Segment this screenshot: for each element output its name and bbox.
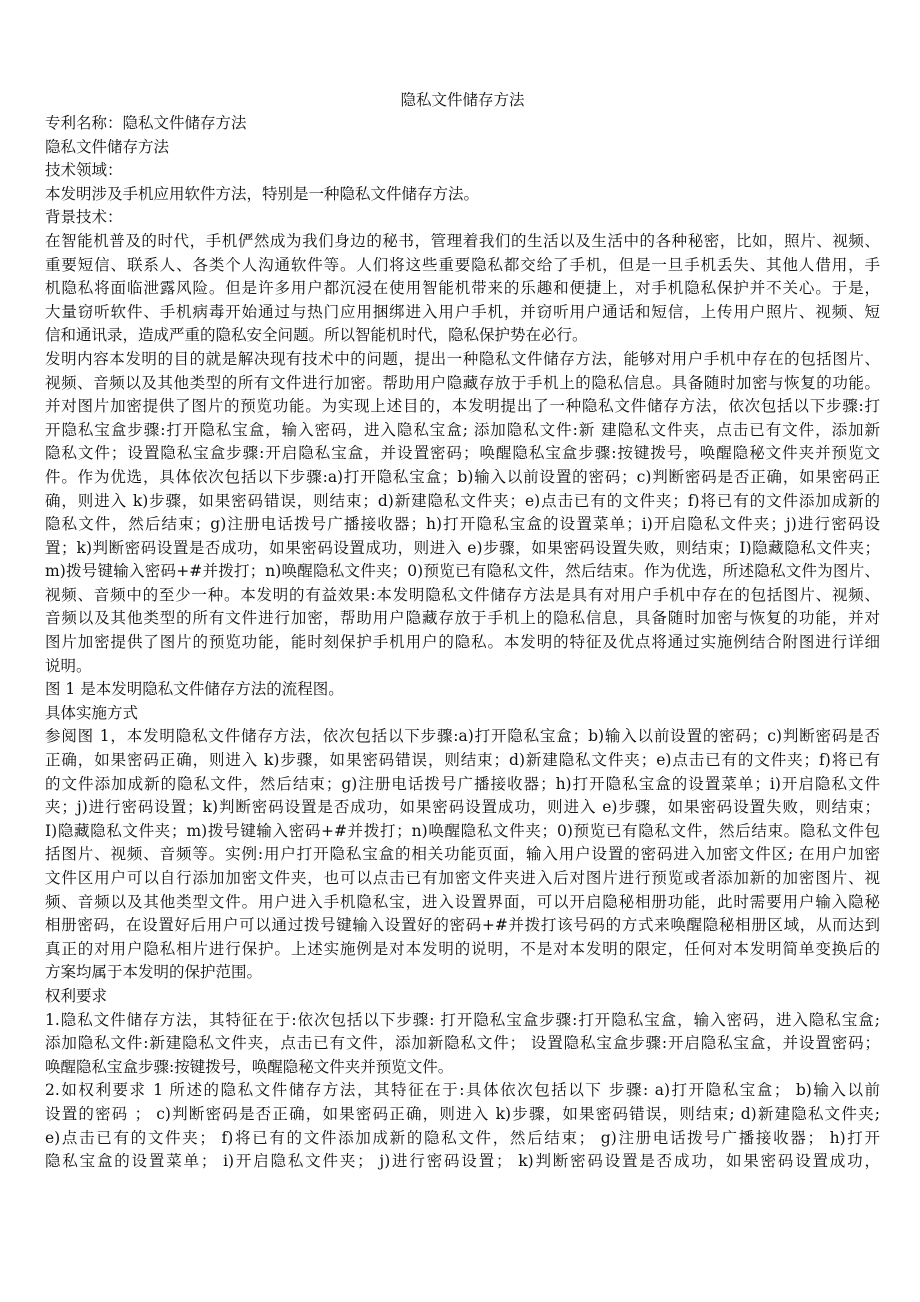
text-line: m)拨号键输入密码+#并拨打；n)唤醒隐私文件夹；0)预览已有隐私文件，然后结束…: [45, 560, 880, 584]
text-line: 件。作为优选，具体依次包括以下步骤:a)打开隐私宝盒；b)输入以前设置的密码；c…: [45, 466, 880, 490]
document-title: 隐私文件储存方法: [45, 88, 880, 112]
claim-line: 1.隐私文件储存方法，其特征在于:依次包括以下步骤: 打开隐私宝盒步骤:打开隐私…: [45, 1009, 880, 1033]
text-line: 视频、音频中的至少一种。本发明的有益效果:本发明隐私文件储存方法是具有对用户手机…: [45, 584, 880, 608]
patent-name: 专利名称：隐私文件储存方法: [45, 112, 880, 136]
text-line: 正确，如果密码正确，则进入 k)步骤，如果密码错误，则结束；d)新建隐私文件夹；…: [45, 749, 880, 773]
tech-field-text: 本发明涉及手机应用软件方法，特别是一种隐私文件储存方法。: [45, 183, 880, 207]
text-line: 重要短信、联系人、各类个人沟通软件等。人们将这些重要隐私都交给了手机，但是一旦手…: [45, 254, 880, 278]
text-line: 并对图片加密提供了图片的预览功能。为实现上述目的，本发明提出了一种隐私文件储存方…: [45, 395, 880, 419]
text-line: 信和通讯录，造成严重的隐私安全问题。所以智能机时代，隐私保护势在必行。: [45, 324, 880, 348]
text-line: 方案均属于本发明的保护范围。: [45, 961, 880, 985]
text-line: 隐私文件；设置隐私宝盒步骤:开启隐私宝盒，并设置密码；唤醒隐私宝盒步骤:按键拨号…: [45, 442, 880, 466]
tech-field-heading: 技术领域：: [45, 159, 880, 183]
text-line: 的文件添加成新的隐私文件，然后结束；g)注册电话拨号广播接收器；h)打开隐私宝盒…: [45, 773, 880, 797]
embodiment-paragraph: 参阅图 1，本发明隐私文件储存方法，依次包括以下步骤:a)打开隐私宝盒；b)输入…: [45, 725, 880, 985]
text-line: 说明。: [45, 655, 880, 679]
text-line: 夹；j)进行密码设置；k)判断密码设置是否成功，如果密码设置成功，则进入 e)步…: [45, 796, 880, 820]
claims-heading: 权利要求: [45, 985, 880, 1009]
background-heading: 背景技术：: [45, 206, 880, 230]
text-line: 文件区用户可以自行添加加密文件夹，也可以点击已有加密文件夹进入后对图片进行预览或…: [45, 867, 880, 891]
embodiment-heading: 具体实施方式: [45, 702, 880, 726]
text-line: 机隐私将面临泄露风险。但是许多用户都沉浸在使用智能机带来的乐趣和便捷上，对手机隐…: [45, 277, 880, 301]
text-line: 图片加密提供了图片的预览功能，能时刻保护手机用户的隐私。本发明的特征及优点将通过…: [45, 631, 880, 655]
claim-line: 2.如权利要求 1 所述的隐私文件储存方法，其特征在于:具体依次包括以下 步骤:…: [45, 1079, 880, 1103]
text-line: 隐私文件，然后结束；g)注册电话拨号广播接收器；h)打开隐私宝盒的设置菜单；i)…: [45, 513, 880, 537]
claim-line: 唤醒隐私宝盒步骤:按键拨号，唤醒隐秘文件夹并预览文件。: [45, 1056, 880, 1080]
claim-line: e)点击已有的文件夹； f)将已有的文件添加成新的隐私文件，然后结束； g)注册…: [45, 1127, 880, 1151]
text-line: 置；k)判断密码设置是否成功，如果密码设置成功，则进入 e)步骤，如果密码设置失…: [45, 537, 880, 561]
text-line: 频、音频以及其他类型文件。用户进入手机隐私宝，进入设置界面，可以开启隐秘相册功能…: [45, 891, 880, 915]
subtitle: 隐私文件储存方法: [45, 136, 880, 160]
claim-line: 设置的密码 ； c)判断密码是否正确，如果密码正确，则进入 k)步骤，如果密码错…: [45, 1103, 880, 1127]
claim-line: 隐私宝盒的设置菜单； i)开启隐私文件夹； j)进行密码设置； k)判断密码设置…: [45, 1150, 880, 1174]
text-line: 开隐私宝盒步骤:打开隐私宝盒，输入密码，进入隐私宝盒; 添加隐私文件:新 建隐私…: [45, 419, 880, 443]
text-line: 音频以及其他类型的所有文件进行加密，帮助用户隐藏存放于手机上的隐私信息，具备随时…: [45, 607, 880, 631]
text-line: 相册密码，在设置好后用户可以通过拨号键输入设置好的密码+#并拨打该号码的方式来唤…: [45, 914, 880, 938]
text-line: 真正的对用户隐私相片进行保护。上述实施例是对本发明的说明，不是对本发明的限定，任…: [45, 938, 880, 962]
summary-paragraph: 发明内容本发明的目的就是解决现有技术中的问题，提出一种隐私文件储存方法，能够对用…: [45, 348, 880, 678]
document-page: 隐私文件储存方法 专利名称：隐私文件储存方法 隐私文件储存方法 技术领域： 本发…: [45, 88, 880, 1174]
text-line: 在智能机普及的时代，手机俨然成为我们身边的秘书，管理着我们的生活以及生活中的各种…: [45, 230, 880, 254]
text-line: 视频、音频以及其他类型的所有文件进行加密。帮助用户隐藏存放于手机上的隐私信息。具…: [45, 372, 880, 396]
text-line: 括图片、视频、音频等。实例:用户打开隐私宝盒的相关功能页面，输入用户设置的密码进…: [45, 843, 880, 867]
text-line: I)隐藏隐私文件夹；m)拨号键输入密码+#并拨打；n)唤醒隐私文件夹；0)预览已…: [45, 820, 880, 844]
claims-list: 1.隐私文件储存方法，其特征在于:依次包括以下步骤: 打开隐私宝盒步骤:打开隐私…: [45, 1009, 880, 1174]
background-paragraph: 在智能机普及的时代，手机俨然成为我们身边的秘书，管理着我们的生活以及生活中的各种…: [45, 230, 880, 348]
text-line: 参阅图 1，本发明隐私文件储存方法，依次包括以下步骤:a)打开隐私宝盒；b)输入…: [45, 725, 880, 749]
figure-note: 图 1 是本发明隐私文件储存方法的流程图。: [45, 678, 880, 702]
text-line: 大量窃听软件、手机病毒开始通过与热门应用捆绑进入用户手机，并窃听用户通话和短信，…: [45, 301, 880, 325]
text-line: 发明内容本发明的目的就是解决现有技术中的问题，提出一种隐私文件储存方法，能够对用…: [45, 348, 880, 372]
text-line: 确，则进入 k)步骤，如果密码错误，则结束；d)新建隐私文件夹；e)点击已有的文…: [45, 490, 880, 514]
claim-line: 添加隐私文件:新建隐私文件夹，点击已有文件，添加新隐私文件； 设置隐私宝盒步骤:…: [45, 1032, 880, 1056]
